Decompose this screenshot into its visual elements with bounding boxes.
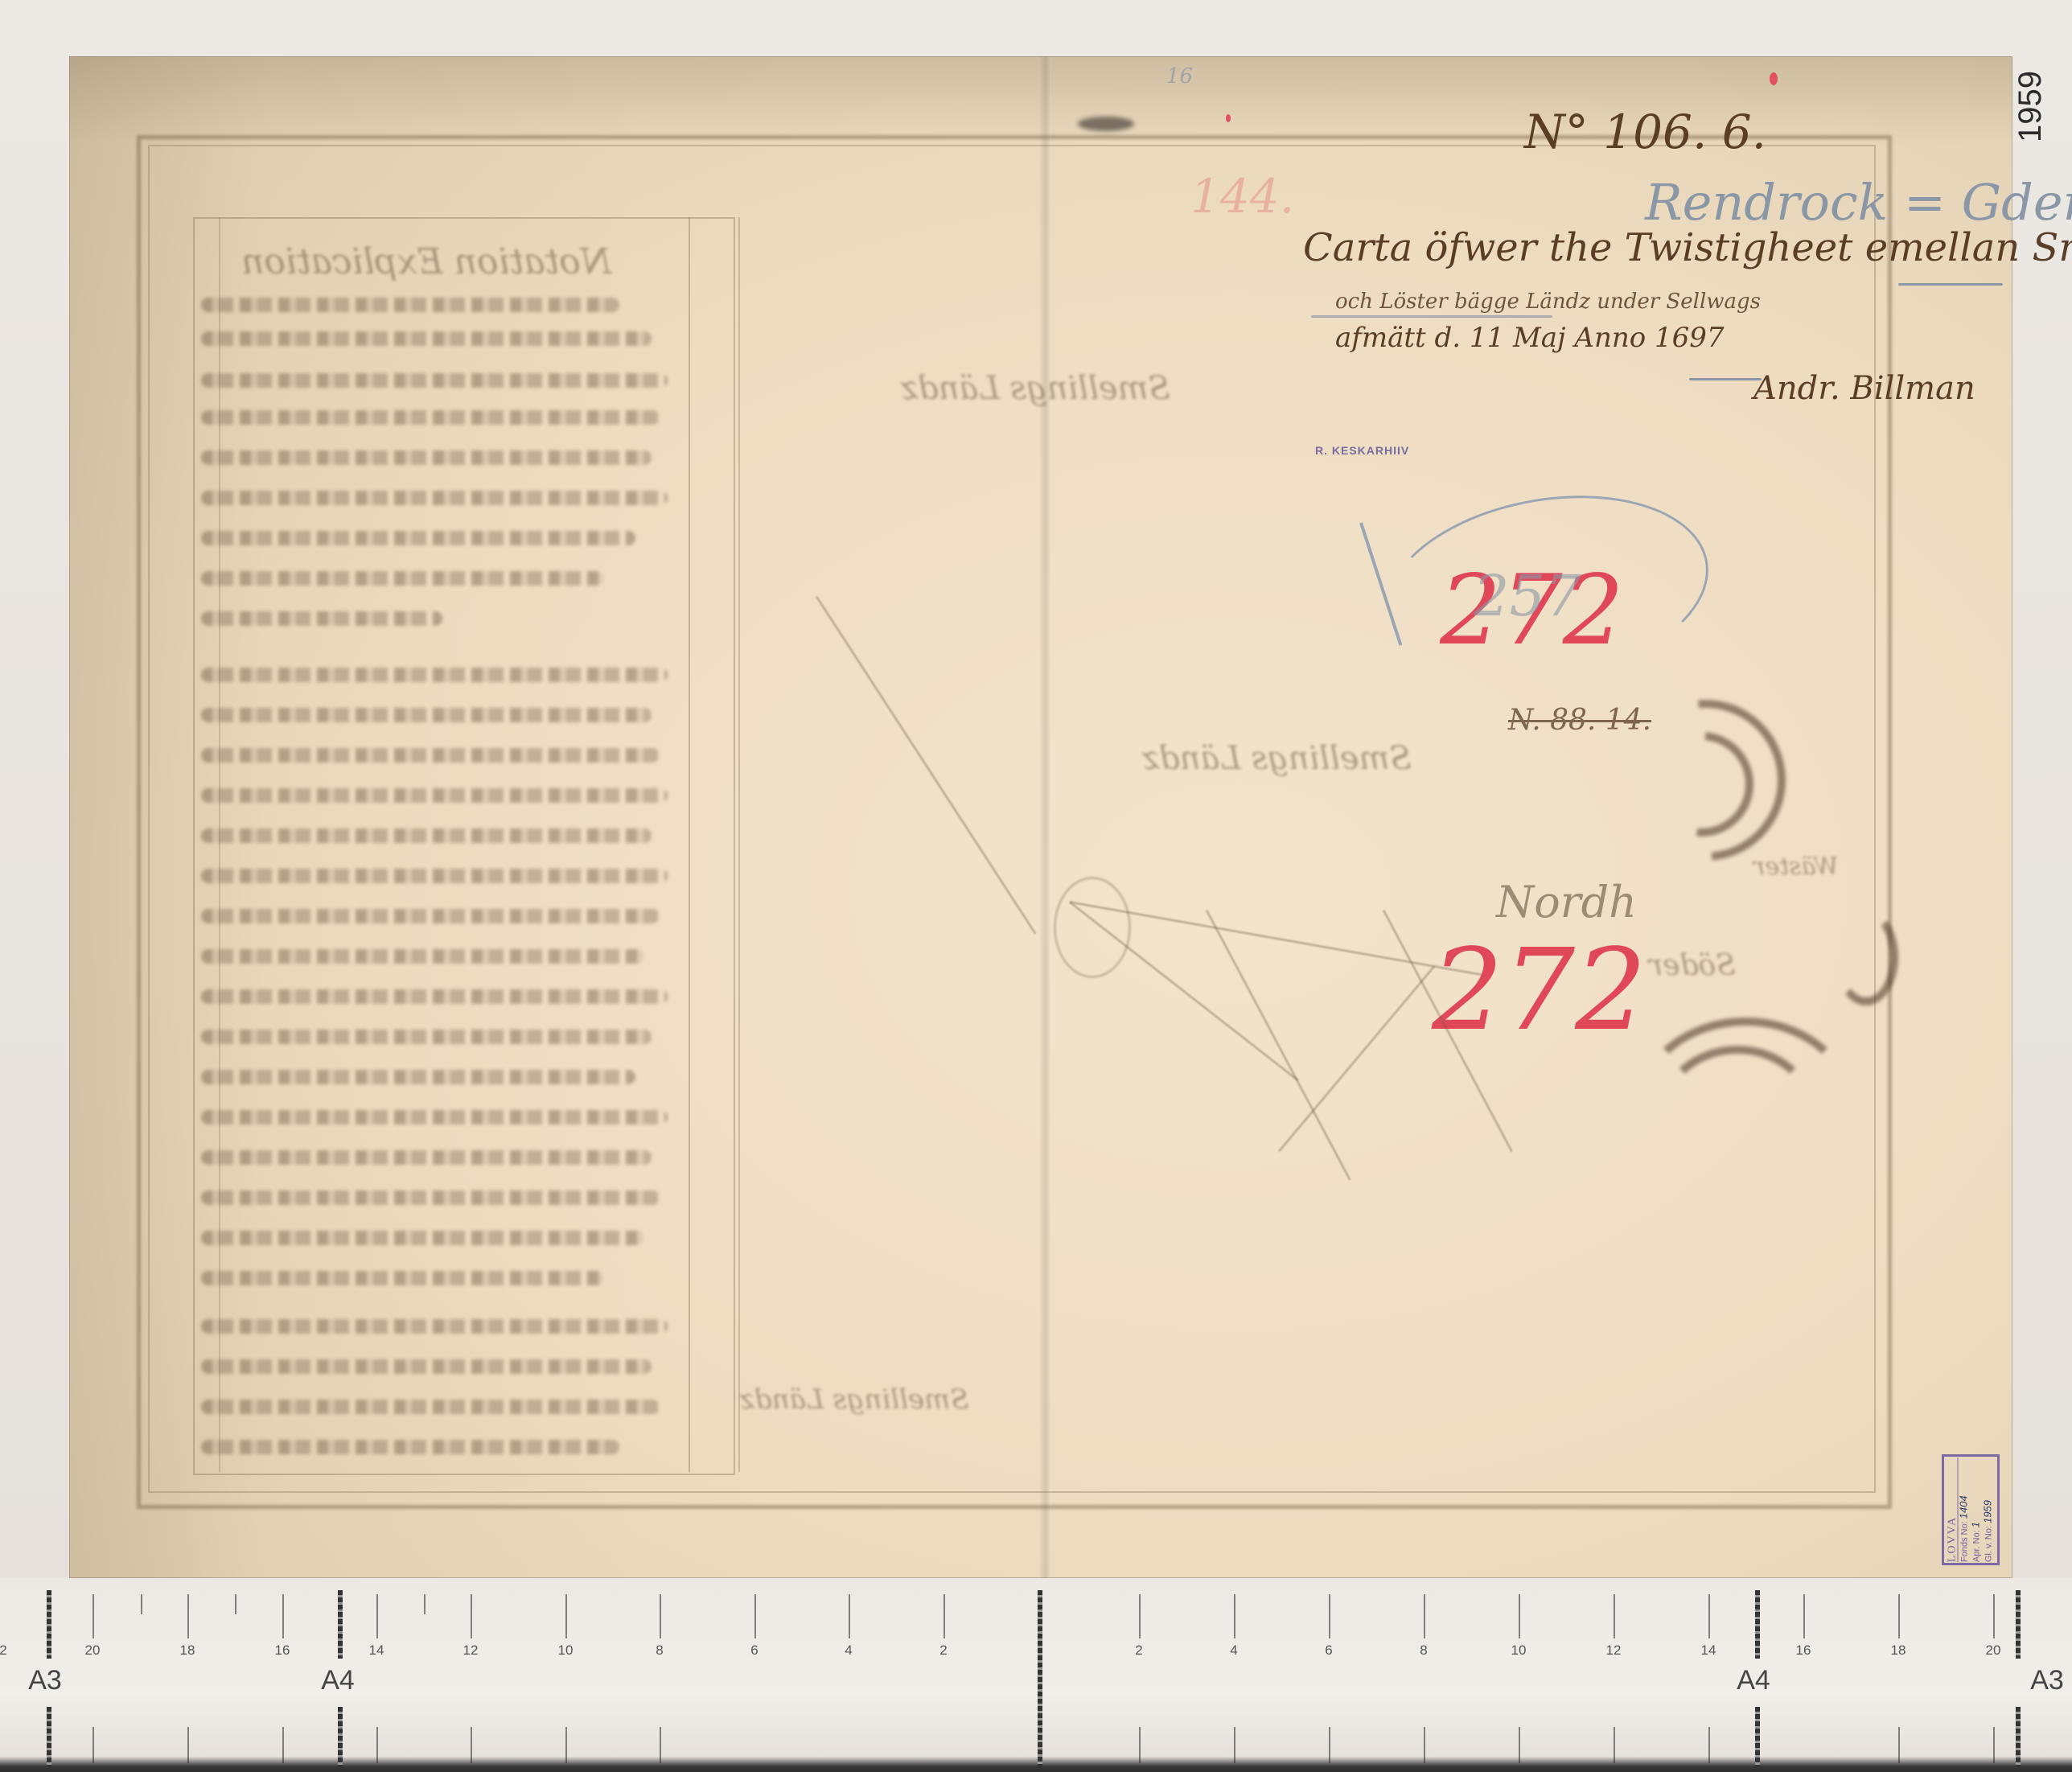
struck-number: N. 88. 14. — [1508, 704, 1651, 737]
paper-size-label: A4 — [321, 1665, 355, 1696]
ruler-number: 4 — [845, 1642, 852, 1659]
a4-marker — [338, 1707, 343, 1767]
lovva-archive-stamp: LOVVA Fonds No: 1404 Apr. No: 1 Gl. v. N… — [1942, 1454, 2000, 1565]
ruler-number: 2 — [0, 1642, 7, 1659]
inventory-number: 1959 — [2012, 71, 2049, 142]
stamp-label: Fonds No: — [1960, 1521, 1970, 1562]
red-mark — [1226, 114, 1231, 122]
ink-blot — [1078, 117, 1134, 131]
red-mark — [1770, 72, 1778, 85]
ruler-number: 6 — [1325, 1642, 1332, 1659]
pencil-underline — [1689, 378, 1762, 380]
map-label-north: Nordh — [1496, 877, 1637, 927]
registry-number: N° 106. 6. — [1524, 105, 1766, 159]
ruler-number: 20 — [1986, 1642, 2001, 1659]
ruler-number: 10 — [558, 1642, 573, 1659]
scale-ruler: 2 20 18 16 14 12 10 8 6 4 2 2 4 6 8 10 1… — [0, 1578, 2072, 1772]
surveyor-signature: Andr. Billman — [1753, 370, 1975, 407]
ruler-number: 12 — [463, 1642, 479, 1659]
ruler-number: 14 — [1701, 1642, 1716, 1659]
title-line-2: och Löster bägge Ländz under Sellwags — [1335, 290, 1761, 314]
a4-marker — [338, 1590, 343, 1659]
map-label-mirrored: Smellings Ländz — [740, 1383, 969, 1416]
stamp-label: Apr. No: — [1972, 1530, 1982, 1562]
map-label-mirrored: Söder — [1649, 949, 1736, 982]
paper-size-label: A4 — [1737, 1665, 1770, 1696]
pencil-underline — [1898, 283, 2003, 286]
ruler-number: 12 — [1606, 1642, 1622, 1659]
pencil-underline — [1311, 315, 1552, 318]
stamp-value: 1404 — [1958, 1495, 1970, 1519]
paper-size-label: A3 — [2030, 1665, 2064, 1696]
red-catalog-number: 272 — [1432, 925, 1646, 1056]
a3-marker — [47, 1707, 51, 1767]
ruler-number: 4 — [1230, 1642, 1237, 1659]
ruler-number: 10 — [1511, 1642, 1527, 1659]
ruler-number: 2 — [939, 1642, 947, 1659]
map-label-mirrored: Smellings Ländz — [901, 370, 1170, 407]
stamp-title: LOVVA — [1947, 1457, 1959, 1562]
center-marker — [1038, 1590, 1042, 1767]
ruler-number: 8 — [656, 1642, 663, 1659]
a3-marker — [2016, 1707, 2021, 1767]
archive-stamp: R. KESKARHIIV — [1315, 444, 1409, 457]
center-fold — [1040, 56, 1051, 1578]
stamp-value: 1959 — [1982, 1500, 1994, 1523]
ruler-number: 16 — [275, 1642, 290, 1659]
paper-size-label: A3 — [28, 1665, 62, 1696]
stamp-value: 1 — [1970, 1522, 1982, 1527]
ruler-number: 18 — [1891, 1642, 1906, 1659]
ruler-number: 20 — [85, 1642, 101, 1659]
a4-marker — [1755, 1590, 1760, 1659]
ruler-number: 16 — [1796, 1642, 1811, 1659]
column-rule — [738, 217, 740, 1472]
flourish-swirl — [1657, 1046, 1818, 1190]
pencil-title-note: Rendrock = Gdent. — [1645, 173, 2072, 232]
title-line-1: Carta öfwer the Twistigheet emellan Smel… — [1303, 225, 2072, 270]
ruler-number: 6 — [750, 1642, 758, 1659]
a4-marker — [1755, 1707, 1760, 1767]
ruler-number: 8 — [1420, 1642, 1427, 1659]
faded-red-number: 144. — [1190, 169, 1294, 224]
map-label-mirrored: Smellings Ländz — [1142, 740, 1412, 777]
pencil-overwritten-number: 257 — [1474, 563, 1581, 629]
title-line-3: afmätt d. 11 Maj Anno 1697 — [1335, 322, 1725, 354]
pencil-page-number: 16 — [1166, 64, 1193, 88]
ruler-number: 14 — [369, 1642, 384, 1659]
ruler-number: 18 — [180, 1642, 195, 1659]
explication-heading: Notation Explication — [241, 241, 611, 282]
a3-marker — [47, 1590, 51, 1659]
ruler-number: 2 — [1135, 1642, 1142, 1659]
column-rule — [689, 217, 690, 1472]
stamp-label: Gl. v. No: — [1984, 1526, 1994, 1562]
map-label-mirrored: Wäster — [1753, 853, 1839, 881]
flourish-swirl — [1834, 909, 1898, 1005]
explication-text-block — [201, 298, 684, 1464]
title-cartouche: Carta öfwer the Twistigheet emellan Smel… — [1303, 225, 2011, 434]
a3-marker — [2016, 1590, 2021, 1659]
